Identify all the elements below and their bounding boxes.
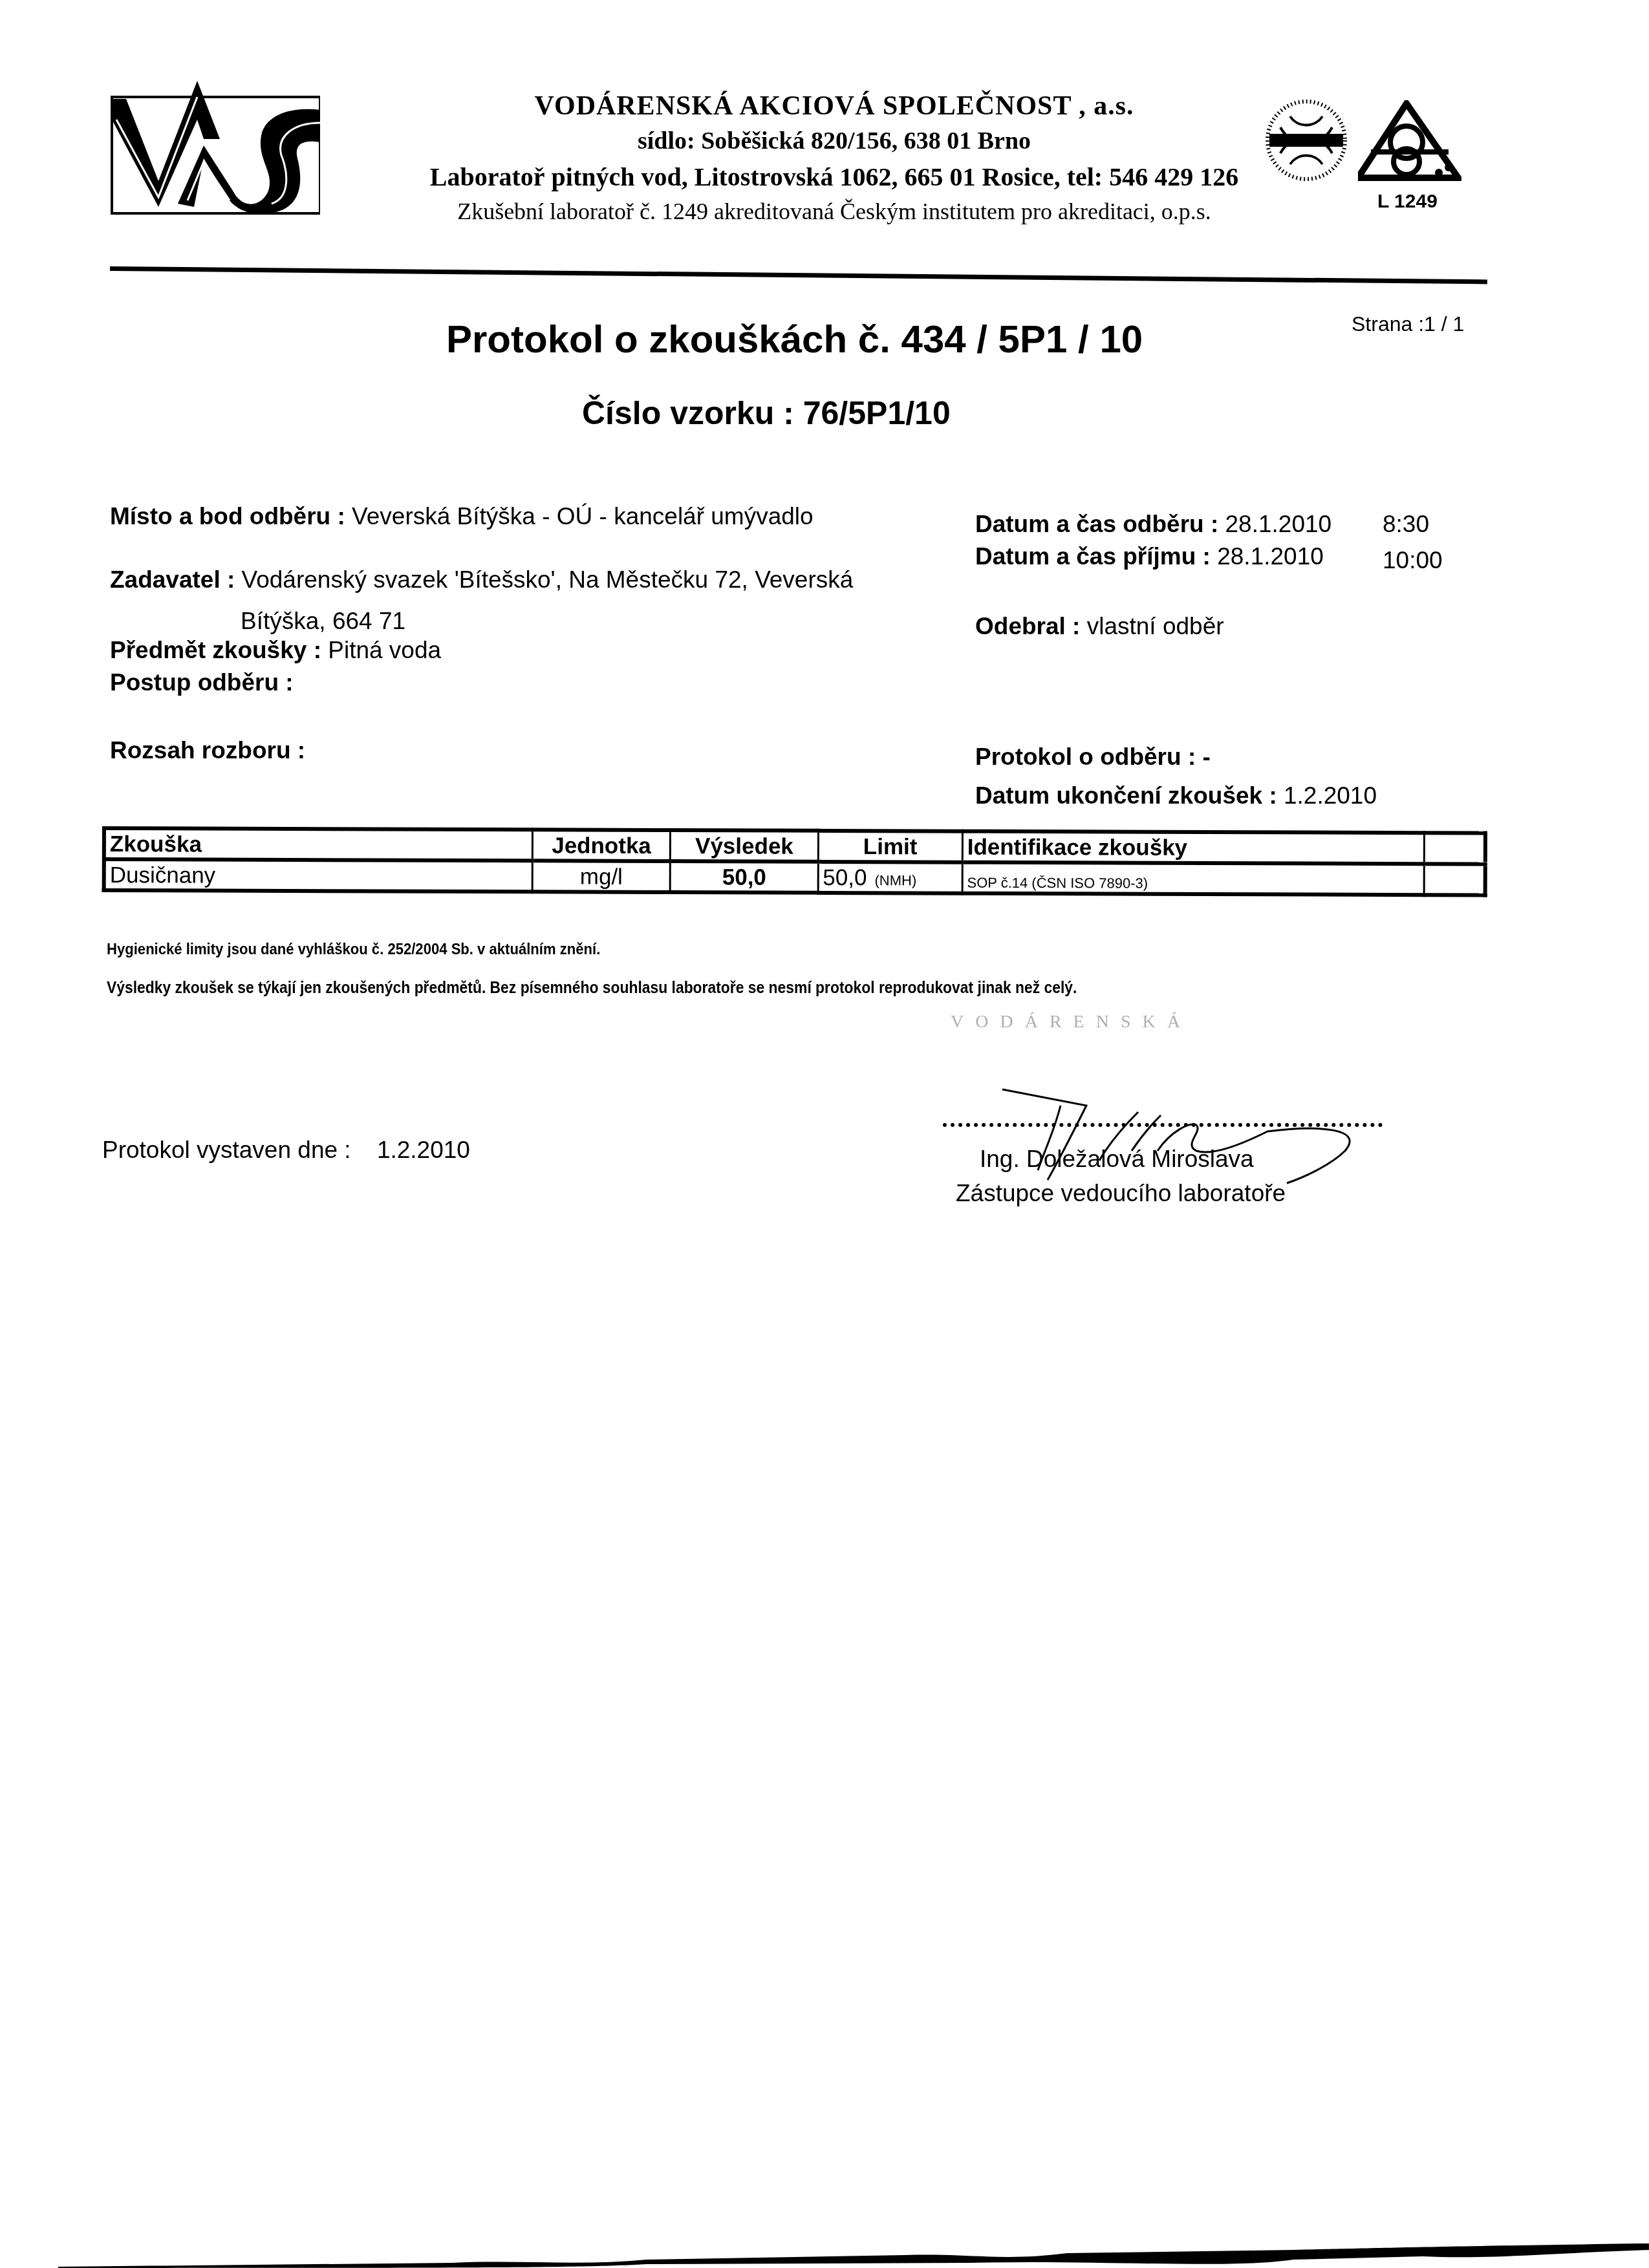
tests-completed-row: Datum ukončení zkoušek : 1.2.2010 <box>975 782 1377 809</box>
ilac-mra-seal-icon <box>1264 98 1348 182</box>
sample-number: Číslo vzorku : 76/5P1/10 <box>582 394 951 432</box>
col-header-limit: Limit <box>818 831 962 862</box>
issued-row: Protokol vystaven dne : 1.2.2010 <box>102 1137 470 1164</box>
sampling-place-label: Místo a bod odběru : <box>110 503 345 530</box>
sampling-procedure-label: Postup odběru : <box>110 669 294 696</box>
limit-value: 50,0 <box>823 865 867 890</box>
hygiene-note: Hygienické limity jsou dané vyhláškou č.… <box>107 941 600 959</box>
cell-method: SOP č.14 (ČSN ISO 7890-3) <box>962 862 1425 895</box>
results-table: Zkouška Jednotka Výsledek Limit Identifi… <box>102 826 1487 897</box>
sampling-date: 28.1.2010 <box>1225 511 1332 537</box>
cell-result: 50,0 <box>671 861 818 893</box>
accreditation-number: L 1249 <box>1377 191 1438 213</box>
col-header-unit: Jednotka <box>532 829 671 861</box>
protocol-title: Protokol o zkouškách č. 434 / 5P1 / 10 <box>446 317 1143 361</box>
scan-edge-artifact <box>0 2224 1649 2268</box>
col-header-method: Identifikace zkoušky <box>962 831 1425 864</box>
receipt-date: 28.1.2010 <box>1217 543 1324 570</box>
cell-extra <box>1424 864 1485 895</box>
vas-logo-icon <box>107 81 320 217</box>
sampling-time: 8:30 <box>1383 511 1429 538</box>
sampling-place-value: Veverská Bítýška - OÚ - kancelář umývadl… <box>352 503 814 530</box>
table-row: Dusičnany mg/l 50,0 50,0(NMH) SOP č.14 (… <box>104 859 1485 895</box>
accreditation-text: Zkušební laboratoř č. 1249 akreditovaná … <box>362 198 1306 230</box>
cell-test: Dusičnany <box>104 859 532 892</box>
sampled-by-row: Odebral : vlastní odběr <box>975 613 1224 640</box>
company-name: VODÁRENSKÁ AKCIOVÁ SPOLEČNOST , a.s. <box>362 91 1306 127</box>
company-header: VODÁRENSKÁ AKCIOVÁ SPOLEČNOST , a.s. síd… <box>362 91 1306 230</box>
client-value-line2: Bítýška, 664 71 <box>241 608 405 635</box>
client-label: Zadavatel : <box>110 566 235 593</box>
cai-triangle-icon <box>1358 100 1461 181</box>
cell-unit: mg/l <box>532 861 671 892</box>
sampled-by-label: Odebral : <box>975 613 1080 639</box>
analysis-scope-row: Rozsah rozboru : <box>110 737 305 764</box>
page-number: Strana :1 / 1 <box>1352 312 1464 336</box>
client-value: Vodárenský svazek 'Bítešsko', Na Městečk… <box>242 566 854 593</box>
test-subject-value: Pitná voda <box>328 637 441 663</box>
limit-type: (NMH) <box>874 872 916 888</box>
sampling-protocol-label: Protokol o odběru : <box>975 744 1196 770</box>
receipt-datetime-label: Datum a čas příjmu : <box>975 543 1211 570</box>
sampling-protocol-row: Protokol o odběru : - <box>975 744 1211 771</box>
test-subject-label: Předmět zkoušky : <box>110 637 321 663</box>
lab-address: Laboratoř pitných vod, Litostrovská 1062… <box>362 162 1306 198</box>
receipt-datetime-row: Datum a čas příjmu : 28.1.2010 <box>975 543 1324 570</box>
company-seat: sídlo: Soběšická 820/156, 638 01 Brno <box>362 127 1306 162</box>
col-header-test: Zkouška <box>104 828 532 861</box>
tests-completed-label: Datum ukončení zkoušek : <box>975 782 1277 809</box>
stamp-text: VODÁRENSKÁ <box>951 1012 1192 1032</box>
sampling-datetime-row: Datum a čas odběru : 28.1.2010 <box>975 511 1331 538</box>
col-header-result: Výsledek <box>671 830 818 862</box>
col-header-extra <box>1425 833 1485 864</box>
test-subject-row: Předmět zkoušky : Pitná voda <box>110 637 441 664</box>
signature-line <box>943 1123 1383 1127</box>
receipt-time: 10:00 <box>1383 547 1443 574</box>
signer-role: Zástupce vedoucího laboratoře <box>956 1180 1286 1207</box>
issued-date: 1.2.2010 <box>377 1137 470 1163</box>
signer-name: Ing. Doležalová Miroslava <box>980 1146 1254 1173</box>
header-divider <box>110 266 1487 284</box>
sampling-procedure-row: Postup odběru : <box>110 669 294 696</box>
analysis-scope-label: Rozsah rozboru : <box>110 737 305 764</box>
sampling-protocol-value: - <box>1202 744 1210 770</box>
issued-label: Protokol vystaven dne : <box>102 1137 351 1163</box>
sampling-place-row: Místo a bod odběru : Veverská Bítýška - … <box>110 503 814 530</box>
sampled-by-value: vlastní odběr <box>1087 613 1224 639</box>
reproduction-note: Výsledky zkoušek se týkají jen zkoušenýc… <box>107 978 1077 998</box>
client-row: Zadavatel : Vodárenský svazek 'Bítešsko'… <box>110 566 853 594</box>
sampling-datetime-label: Datum a čas odběru : <box>975 511 1218 537</box>
tests-completed-value: 1.2.2010 <box>1284 782 1377 809</box>
table-header-row: Zkouška Jednotka Výsledek Limit Identifi… <box>104 828 1485 864</box>
cell-limit: 50,0(NMH) <box>818 862 962 893</box>
